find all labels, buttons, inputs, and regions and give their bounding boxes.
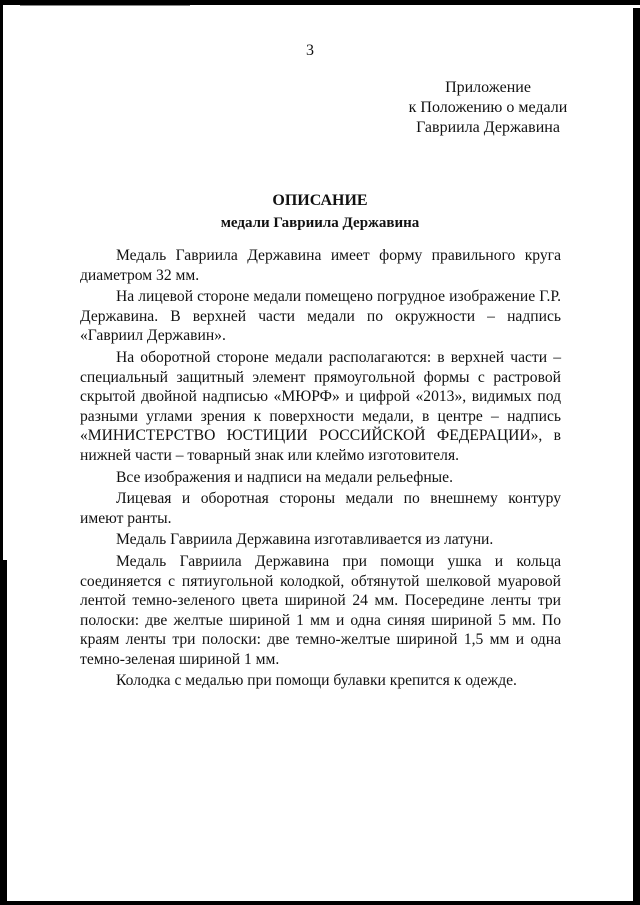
scan-edge-right [633,8,640,905]
appendix-line: Гавриила Державина [400,118,576,138]
scan-artifact-top [20,5,190,6]
scan-edge-bottom [0,901,640,905]
appendix-note: Приложение к Положению о медали Гавриила… [400,78,576,138]
paragraph: Медаль Гавриила Державина изготавливаетс… [80,530,561,550]
document-body: Медаль Гавриила Державина имеет форму пр… [80,246,561,693]
paragraph: Колодка с медалью при помощи булавки кре… [80,671,561,691]
title-heading: ОПИСАНИЕ [0,190,640,212]
title-subheading: медали Гавриила Державина [0,212,640,234]
paragraph: Все изображения и надписи на медали рель… [80,468,561,488]
paragraph: Медаль Гавриила Державина при помощи ушк… [80,552,561,670]
appendix-line: к Положению о медали [400,98,576,118]
paragraph: Лицевая и оборотная стороны медали по вн… [80,489,561,528]
paragraph: На лицевой стороне медали помещено погру… [80,287,561,346]
document-title: ОПИСАНИЕ медали Гавриила Державина [0,190,640,234]
scan-edge-left-lower [0,560,7,905]
appendix-line: Приложение [400,78,576,98]
paragraph: Медаль Гавриила Державина имеет форму пр… [80,246,561,285]
paragraph: На оборотной стороне медали располагаютс… [80,348,561,466]
page-number: 3 [306,42,314,60]
